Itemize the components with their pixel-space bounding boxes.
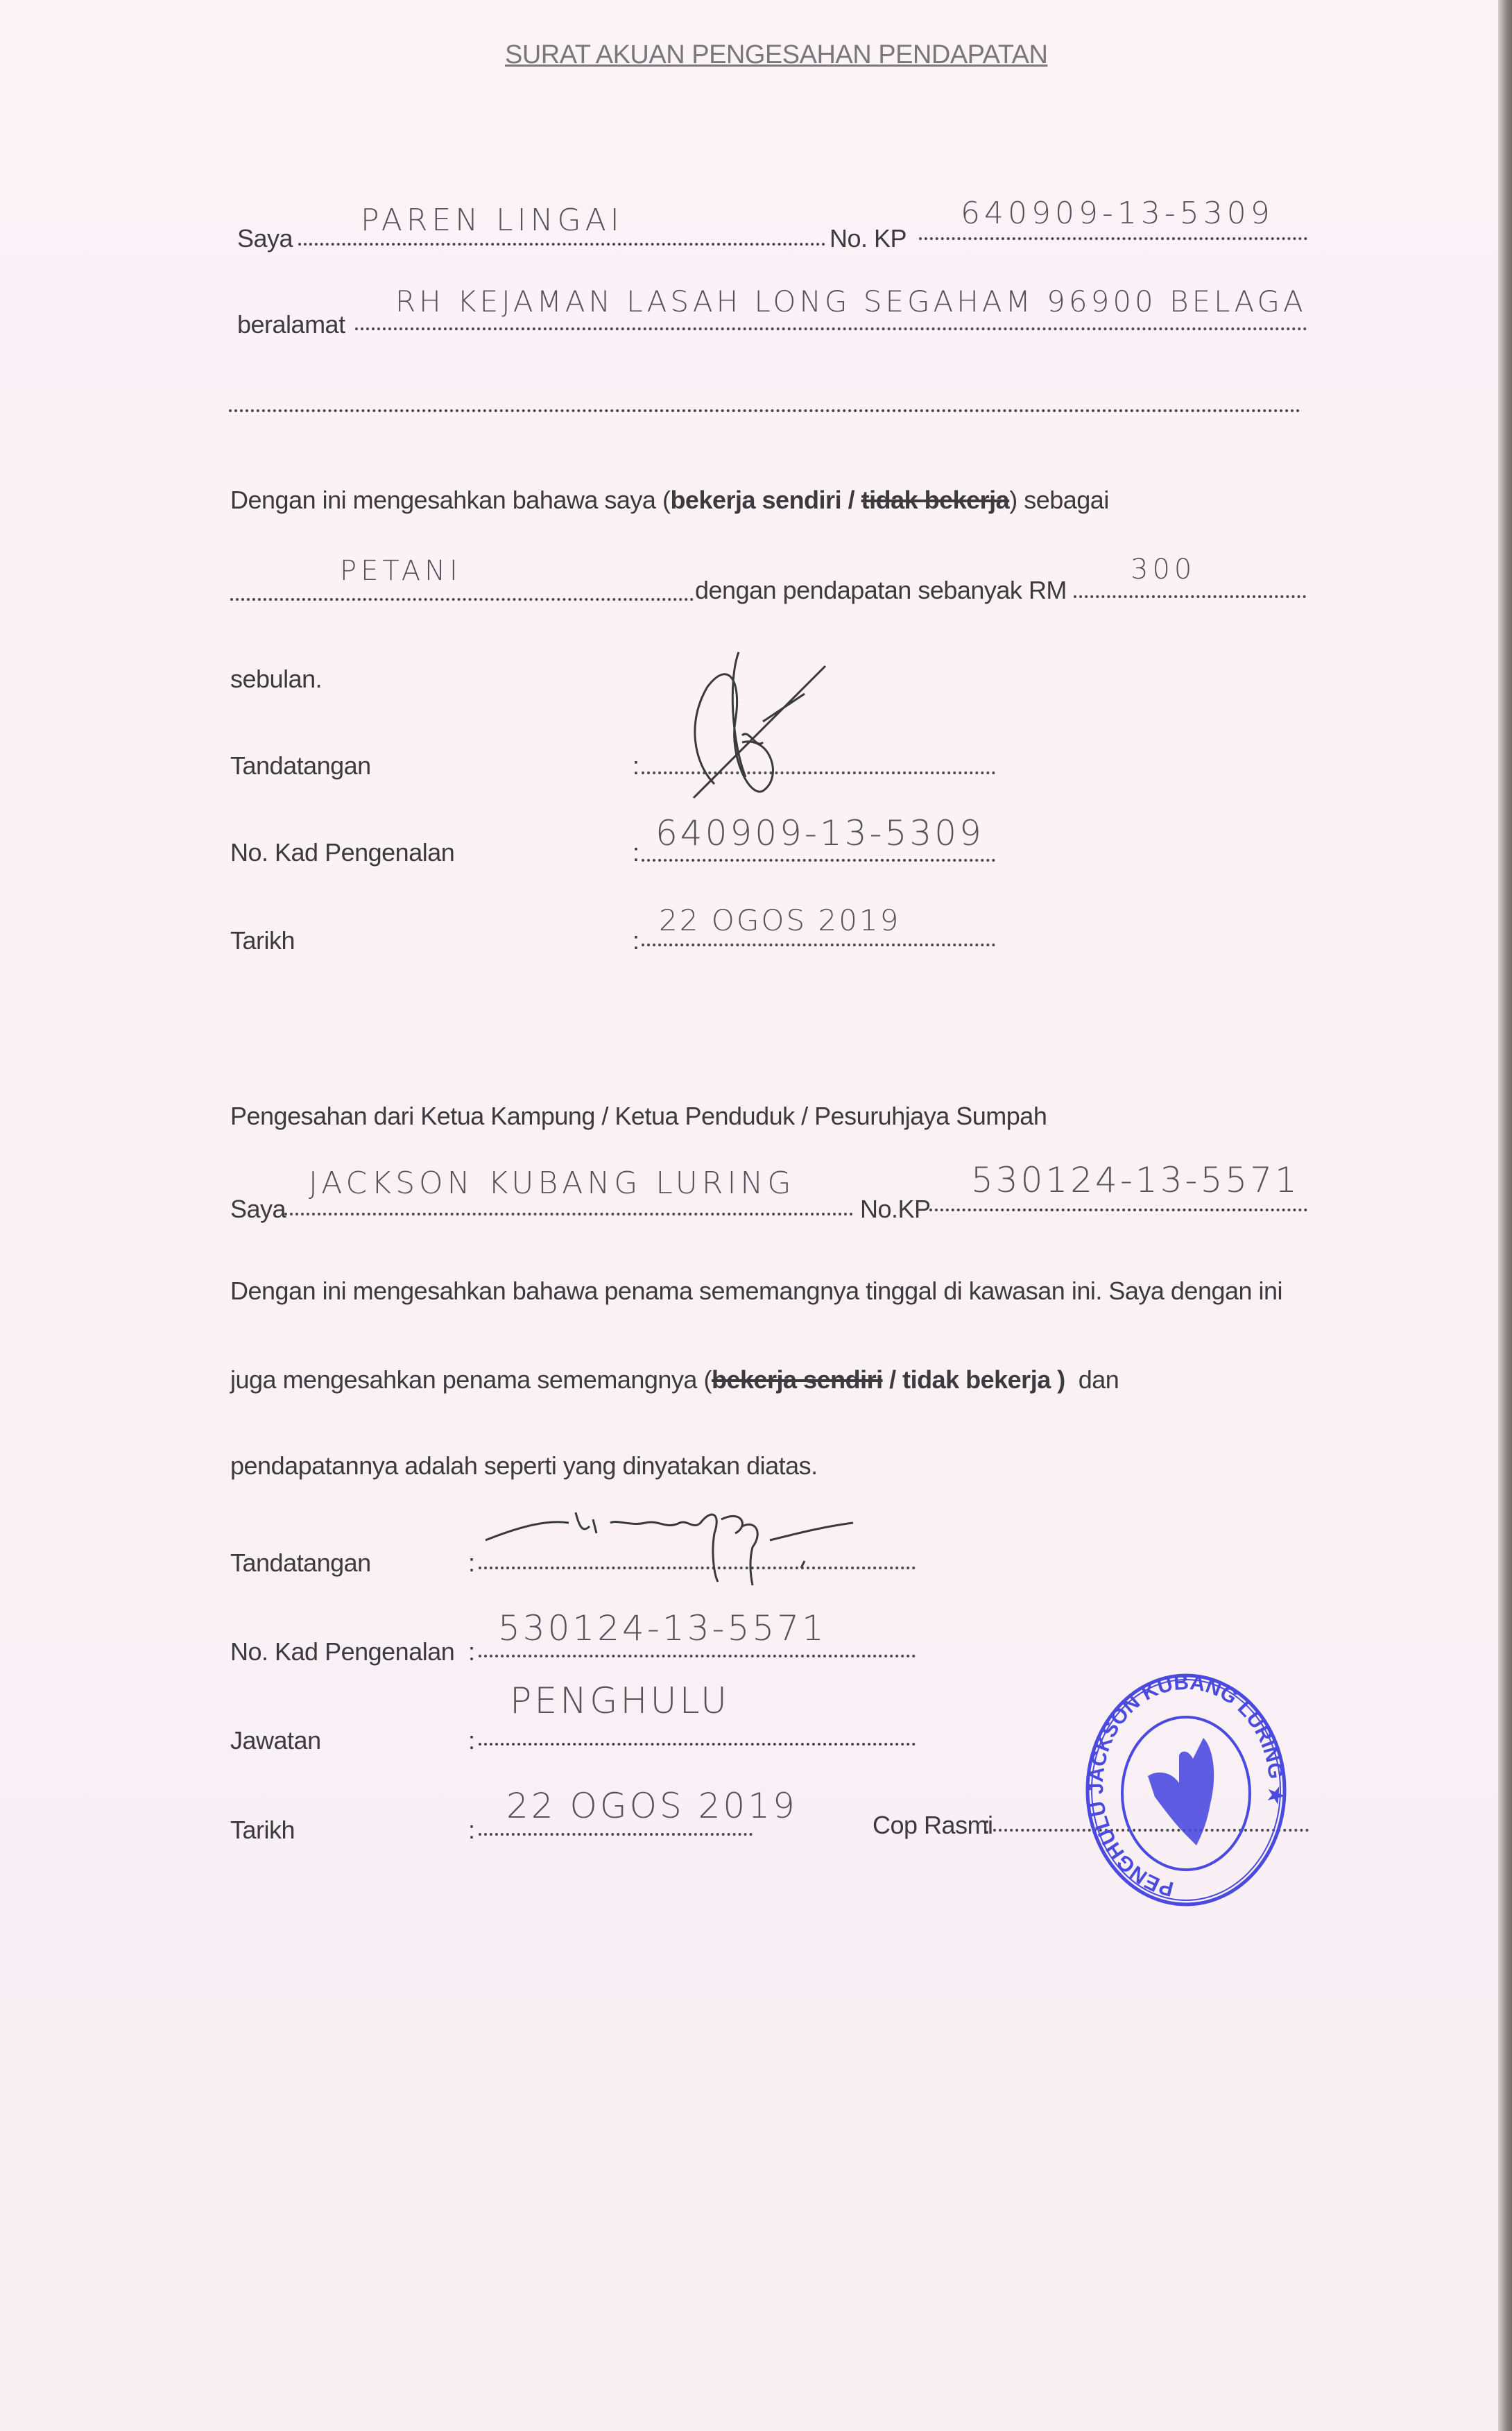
endorser-date-label: Tarikh	[230, 1816, 295, 1845]
applicant-address[interactable]: RH KEJAMAN LASAH LONG SEGAHAM 96900 BELA…	[395, 284, 1307, 318]
applicant-signature-icon[interactable]	[666, 638, 846, 819]
endorser-position-label: Jawatan	[230, 1726, 321, 1755]
applicant-no-kp[interactable]: 640909-13-5309	[961, 196, 1274, 231]
income-line	[1074, 595, 1306, 598]
option-tidak-bekerja-struck: tidak bekerja	[861, 486, 1010, 514]
endorsement-line-3: pendapatannya adalah seperti yang dinyat…	[230, 1451, 818, 1481]
endorsement-heading: Pengesahan dari Ketua Kampung / Ketua Pe…	[230, 1102, 1047, 1131]
occupation-line	[230, 598, 694, 601]
document-page: SURAT AKUAN PENGESAHAN PENDAPATAN Saya P…	[0, 0, 1498, 2431]
endorsement-line-2: juga mengesahkan penama sememangnya (bek…	[230, 1365, 1119, 1394]
option-bekerja-sendiri-struck: bekerja sendiri	[712, 1365, 883, 1394]
endorser-name-line	[284, 1213, 853, 1215]
endorsement-line-1: Dengan ini mengesahkan bahawa penama sem…	[230, 1277, 1282, 1306]
endorser-ic-line	[479, 1655, 916, 1657]
applicant-date-value[interactable]: 22 OGOS 2019	[659, 903, 900, 937]
endorser-no-kp[interactable]: 530124-13-5571	[971, 1160, 1300, 1200]
endorser-signature-icon[interactable]	[479, 1505, 867, 1596]
endorser-date-value[interactable]: 22 OGOS 2019	[506, 1786, 798, 1826]
no-kp-line	[919, 237, 1307, 240]
applicant-signature-label: Tandatangan	[230, 751, 371, 781]
saya-label: Saya	[237, 224, 293, 253]
applicant-occupation[interactable]: PETANI	[340, 555, 462, 587]
applicant-ic-value[interactable]: 640909-13-5309	[655, 813, 984, 853]
applicant-date-label: Tarikh	[230, 926, 295, 955]
scan-edge	[1498, 0, 1512, 2431]
official-stamp-icon: PENGHULU JACKSON KUBANG LURING ★	[1082, 1672, 1290, 1915]
option-bekerja-sendiri: bekerja sendiri	[670, 486, 841, 514]
applicant-ic-line	[642, 859, 995, 862]
endorser-no-kp-line	[929, 1209, 1307, 1211]
endorser-saya-label: Saya	[230, 1195, 286, 1224]
document-title: SURAT AKUAN PENGESAHAN PENDAPATAN	[505, 40, 1047, 70]
applicant-date-line	[642, 944, 995, 946]
endorser-no-kp-label: No.KP	[860, 1195, 931, 1224]
endorser-position-value[interactable]: PENGHULU	[510, 1680, 730, 1722]
applicant-income[interactable]: 300	[1131, 554, 1196, 586]
endorser-ic-label: No. Kad Pengenalan	[230, 1637, 454, 1666]
beralamat-label: beralamat	[237, 310, 345, 339]
period-text: sebulan.	[230, 665, 322, 694]
applicant-name[interactable]: PAREN LINGAI	[361, 203, 624, 238]
no-kp-label: No. KP	[830, 224, 907, 253]
applicant-ic-label: No. Kad Pengenalan	[230, 838, 454, 867]
endorser-position-line	[479, 1743, 916, 1746]
income-label: dengan pendapatan sebanyak RM	[695, 576, 1067, 605]
address-line-2	[229, 409, 1300, 412]
address-line	[355, 327, 1307, 330]
endorser-signature-label: Tandatangan	[230, 1549, 371, 1578]
official-stamp-label: Cop Rasmi	[873, 1811, 993, 1840]
endorser-name[interactable]: JACKSON KUBANG LURING	[309, 1166, 795, 1201]
declaration-text: Dengan ini mengesahkan bahawa saya (beke…	[230, 486, 1109, 515]
name-line	[298, 243, 825, 246]
endorser-date-line	[479, 1833, 753, 1836]
endorser-ic-value[interactable]: 530124-13-5571	[498, 1608, 827, 1648]
option-tidak-bekerja: / tidak bekerja )	[883, 1365, 1065, 1394]
